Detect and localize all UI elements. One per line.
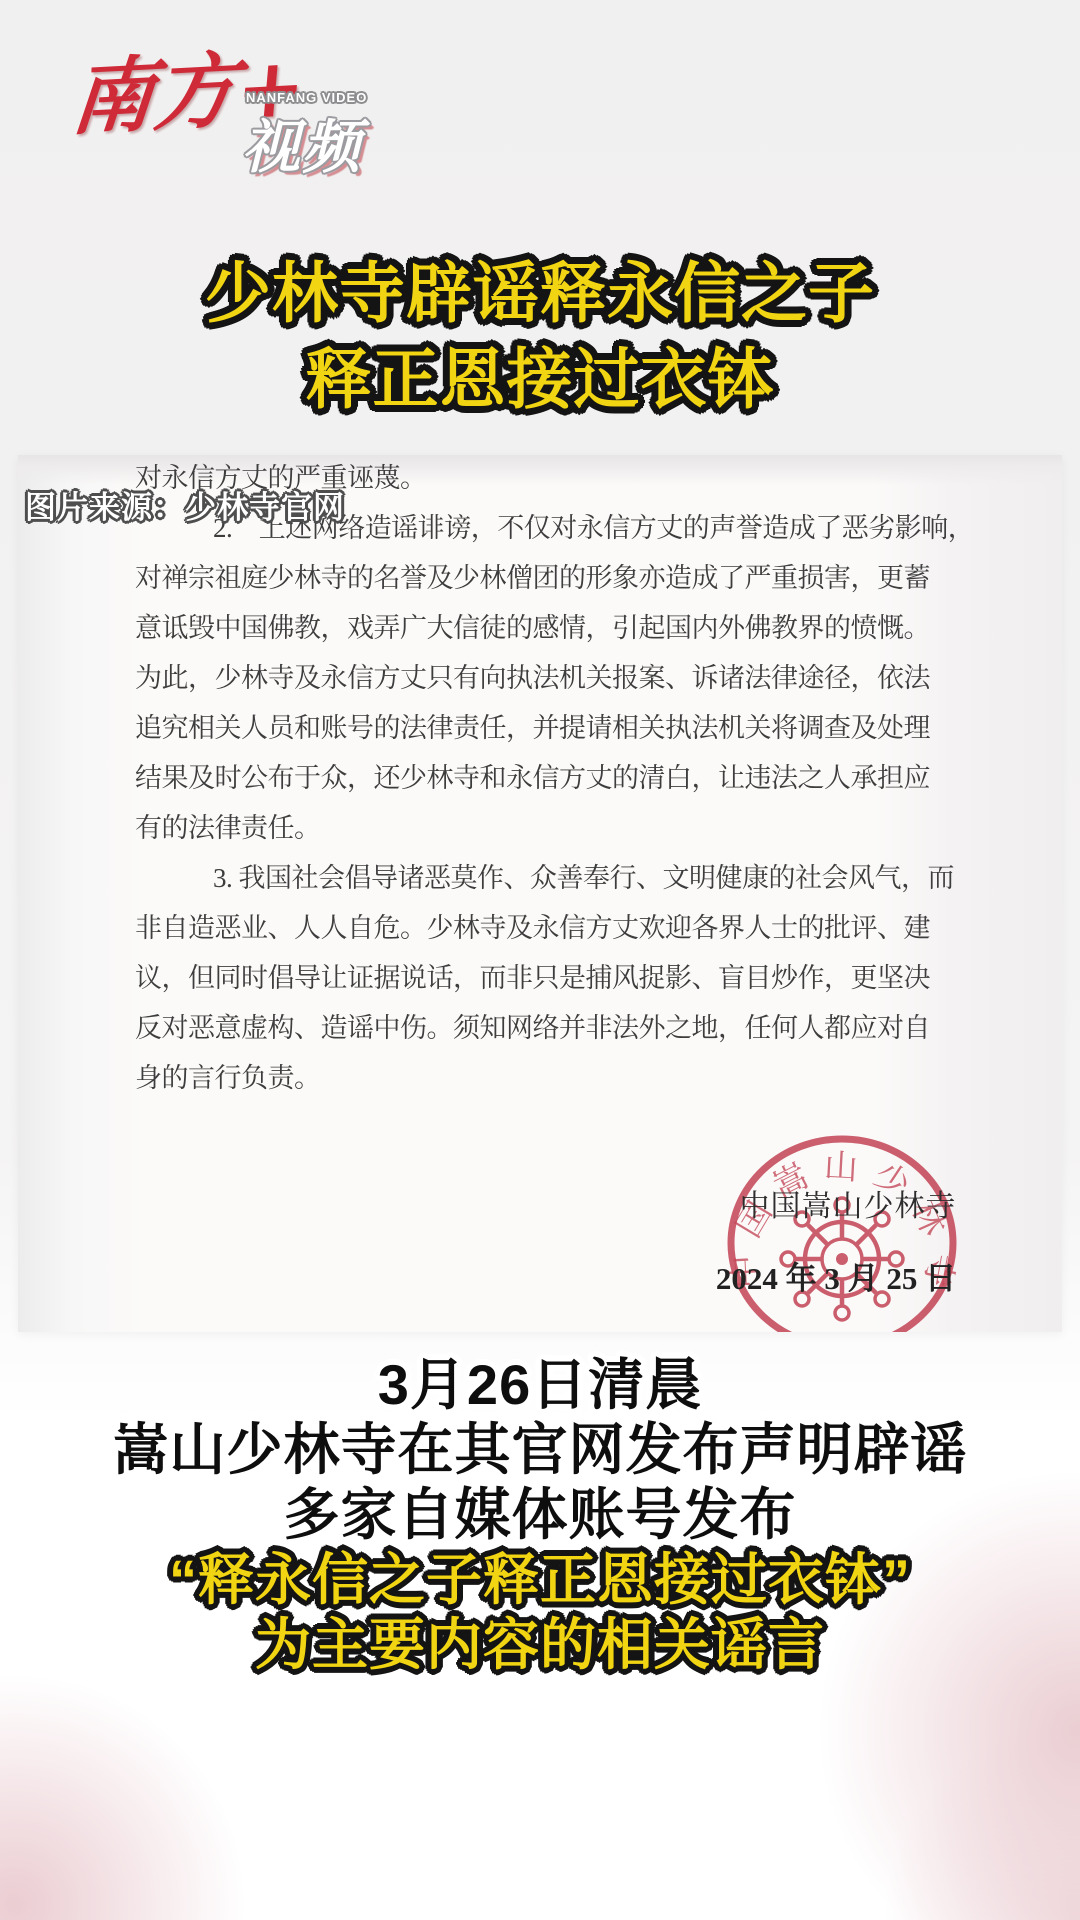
statement-line: 结果及时公布于众，还少林寺和永信方丈的清白，让违法之人承担应 — [135, 753, 941, 803]
subtitle-block: 3月26日清晨 嵩山少林寺在其官网发布声明辟谣 多家自媒体账号发布 “释永信之子… — [0, 1352, 1080, 1677]
statement-line: 3. 我国社会倡导诸恶莫作、众善奉行、文明健康的社会风气，而 — [135, 853, 941, 903]
temple-seal-stamp: 中国嵩山少林寺 — [718, 1127, 966, 1332]
headline-line-2: 释正恩接过衣钵 — [0, 336, 1080, 422]
statement-line: 追究相关人员和账号的法律责任，并提请相关执法机关将调查及处理 — [135, 703, 941, 753]
statement-line: 为此，少林寺及永信方丈只有向执法机关报案、诉诸法律途径，依法 — [135, 653, 941, 703]
headline-line-1: 少林寺辟谣释永信之子 — [0, 250, 1080, 336]
subtitle-line: 多家自媒体账号发布 — [0, 1482, 1080, 1547]
signature-date: 2024 年 3 月 25 日 — [686, 1253, 986, 1298]
image-source-caption: 图片来源：少林寺官网 — [25, 482, 345, 527]
statement-line: 议，但同时倡导让证据说话，而非只是捕风捉影、盲目炒作，更坚决 — [135, 953, 941, 1003]
statement-line: 意诋毁中国佛教，戏弄广大信徒的感情，引起国内外佛教界的愤慨。 — [135, 603, 941, 653]
headline: 少林寺辟谣释永信之子 释正恩接过衣钵 — [0, 250, 1080, 422]
logo-tagline-cn: 视频 — [242, 100, 362, 184]
statement-line: 非自造恶业、人人自危。少林寺及永信方丈欢迎各界人士的批评、建 — [135, 903, 941, 953]
subtitle-line: 嵩山少林寺在其官网发布声明辟谣 — [0, 1417, 1080, 1482]
statement-text: 对永信方丈的严重诬蔑。 2. 上述网络造谣诽谤，不仅对永信方丈的声誉造成了恶劣影… — [135, 455, 941, 1103]
nanfang-video-logo: 南方+ NANFANG VIDEO 视频 — [72, 52, 372, 182]
video-frame: 南方+ NANFANG VIDEO 视频 少林寺辟谣释永信之子 释正恩接过衣钵 … — [0, 0, 1080, 1920]
statement-line: 对禅宗祖庭少林寺的名誉及少林僧团的形象亦造成了严重损害，更蓄 — [135, 553, 941, 603]
subtitle-line: “释永信之子释正恩接过衣钵” — [0, 1547, 1080, 1612]
subtitle-line: 为主要内容的相关谣言 — [0, 1612, 1080, 1677]
statement-line: 反对恶意虚构、造谣中伤。须知网络并非法外之地，任何人都应对自 — [135, 1003, 941, 1053]
statement-document-image: 对永信方丈的严重诬蔑。 2. 上述网络造谣诽谤，不仅对永信方丈的声誉造成了恶劣影… — [18, 455, 1062, 1332]
statement-line: 身的言行负责。 — [135, 1053, 941, 1103]
signature-org: 中国嵩山少林寺 — [718, 1181, 978, 1225]
statement-line: 有的法律责任。 — [135, 803, 941, 853]
subtitle-line: 3月26日清晨 — [0, 1352, 1080, 1417]
